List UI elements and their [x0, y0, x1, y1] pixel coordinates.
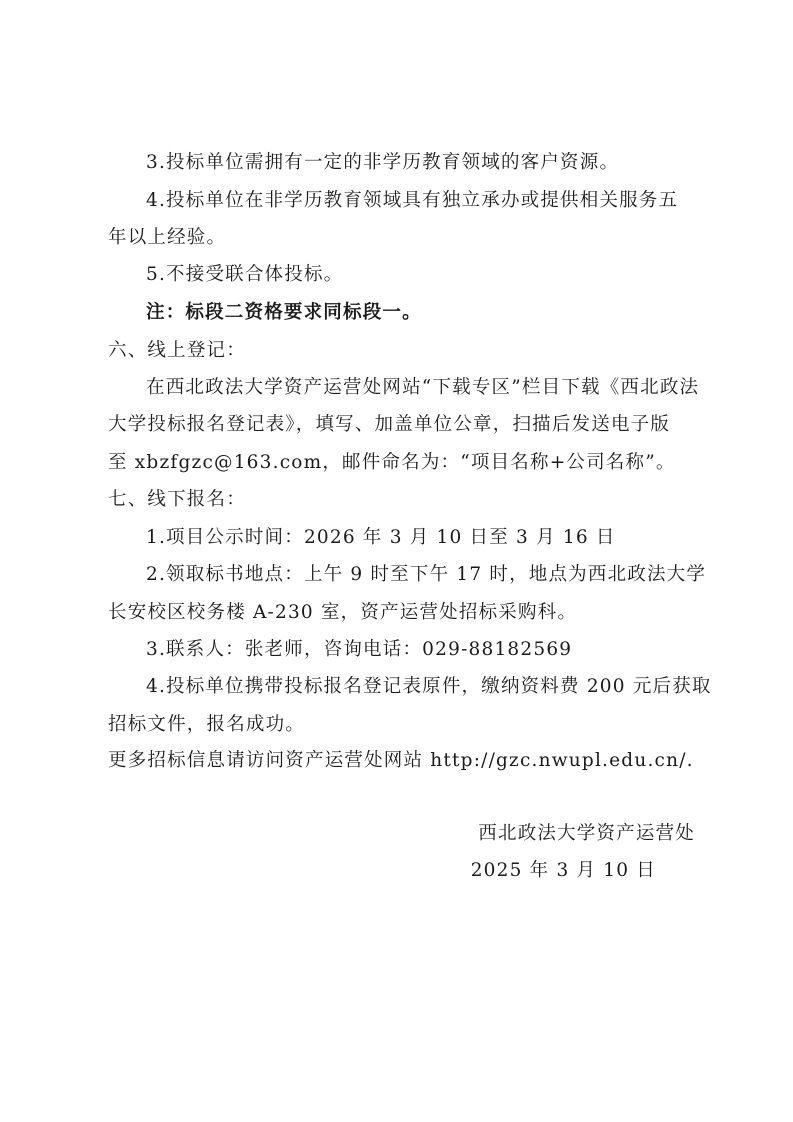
paragraph-line: 2.领取标书地点：上午 9 时至下午 17 时，地点为西北政法大学 [146, 563, 706, 587]
paragraph-line: 至 xbzfgzc@163.com，邮件命名为：“项目名称+公司名称”。 [108, 451, 676, 475]
paragraph-line: 年以上经验。 [108, 226, 226, 250]
paragraph-line: 在西北政法大学资产运营处网站“下载专区”栏目下载《西北政法 [146, 376, 699, 400]
paragraph-line: 长安校区校务楼 A-230 室，资产运营处招标采购科。 [108, 601, 577, 625]
paragraph-line: 5.不接受联合体投标。 [146, 263, 343, 287]
paragraph-line: 大学投标报名登记表》，填写、加盖单位公章，扫描后发送电子版 [108, 413, 670, 437]
paragraph-line: 招标文件，报名成功。 [108, 713, 305, 737]
signature-organization: 西北政法大学资产运营处 [478, 822, 695, 846]
paragraph-line: 3.联系人：张老师，咨询电话：029-88182569 [146, 638, 572, 662]
paragraph-line: 1.项目公示时间：2026 年 3 月 10 日至 3 月 16 日 [146, 526, 616, 550]
paragraph-line: 4.投标单位携带投标报名登记表原件，缴纳资料费 200 元后获取 [146, 675, 712, 699]
section-heading: 七、线下报名： [108, 488, 246, 512]
signature-date: 2025 年 3 月 10 日 [471, 859, 656, 883]
note-line: 注：标段二资格要求同标段一。 [146, 301, 422, 325]
paragraph-line: 3.投标单位需拥有一定的非学历教育领域的客户资源。 [146, 151, 619, 175]
website-line: 更多招标信息请访问资产运营处网站 http://gzc.nwupl.edu.cn… [108, 749, 694, 773]
paragraph-line: 4.投标单位在非学历教育领域具有独立承办或提供相关服务五 [146, 189, 678, 213]
section-heading: 六、线上登记： [108, 339, 246, 363]
